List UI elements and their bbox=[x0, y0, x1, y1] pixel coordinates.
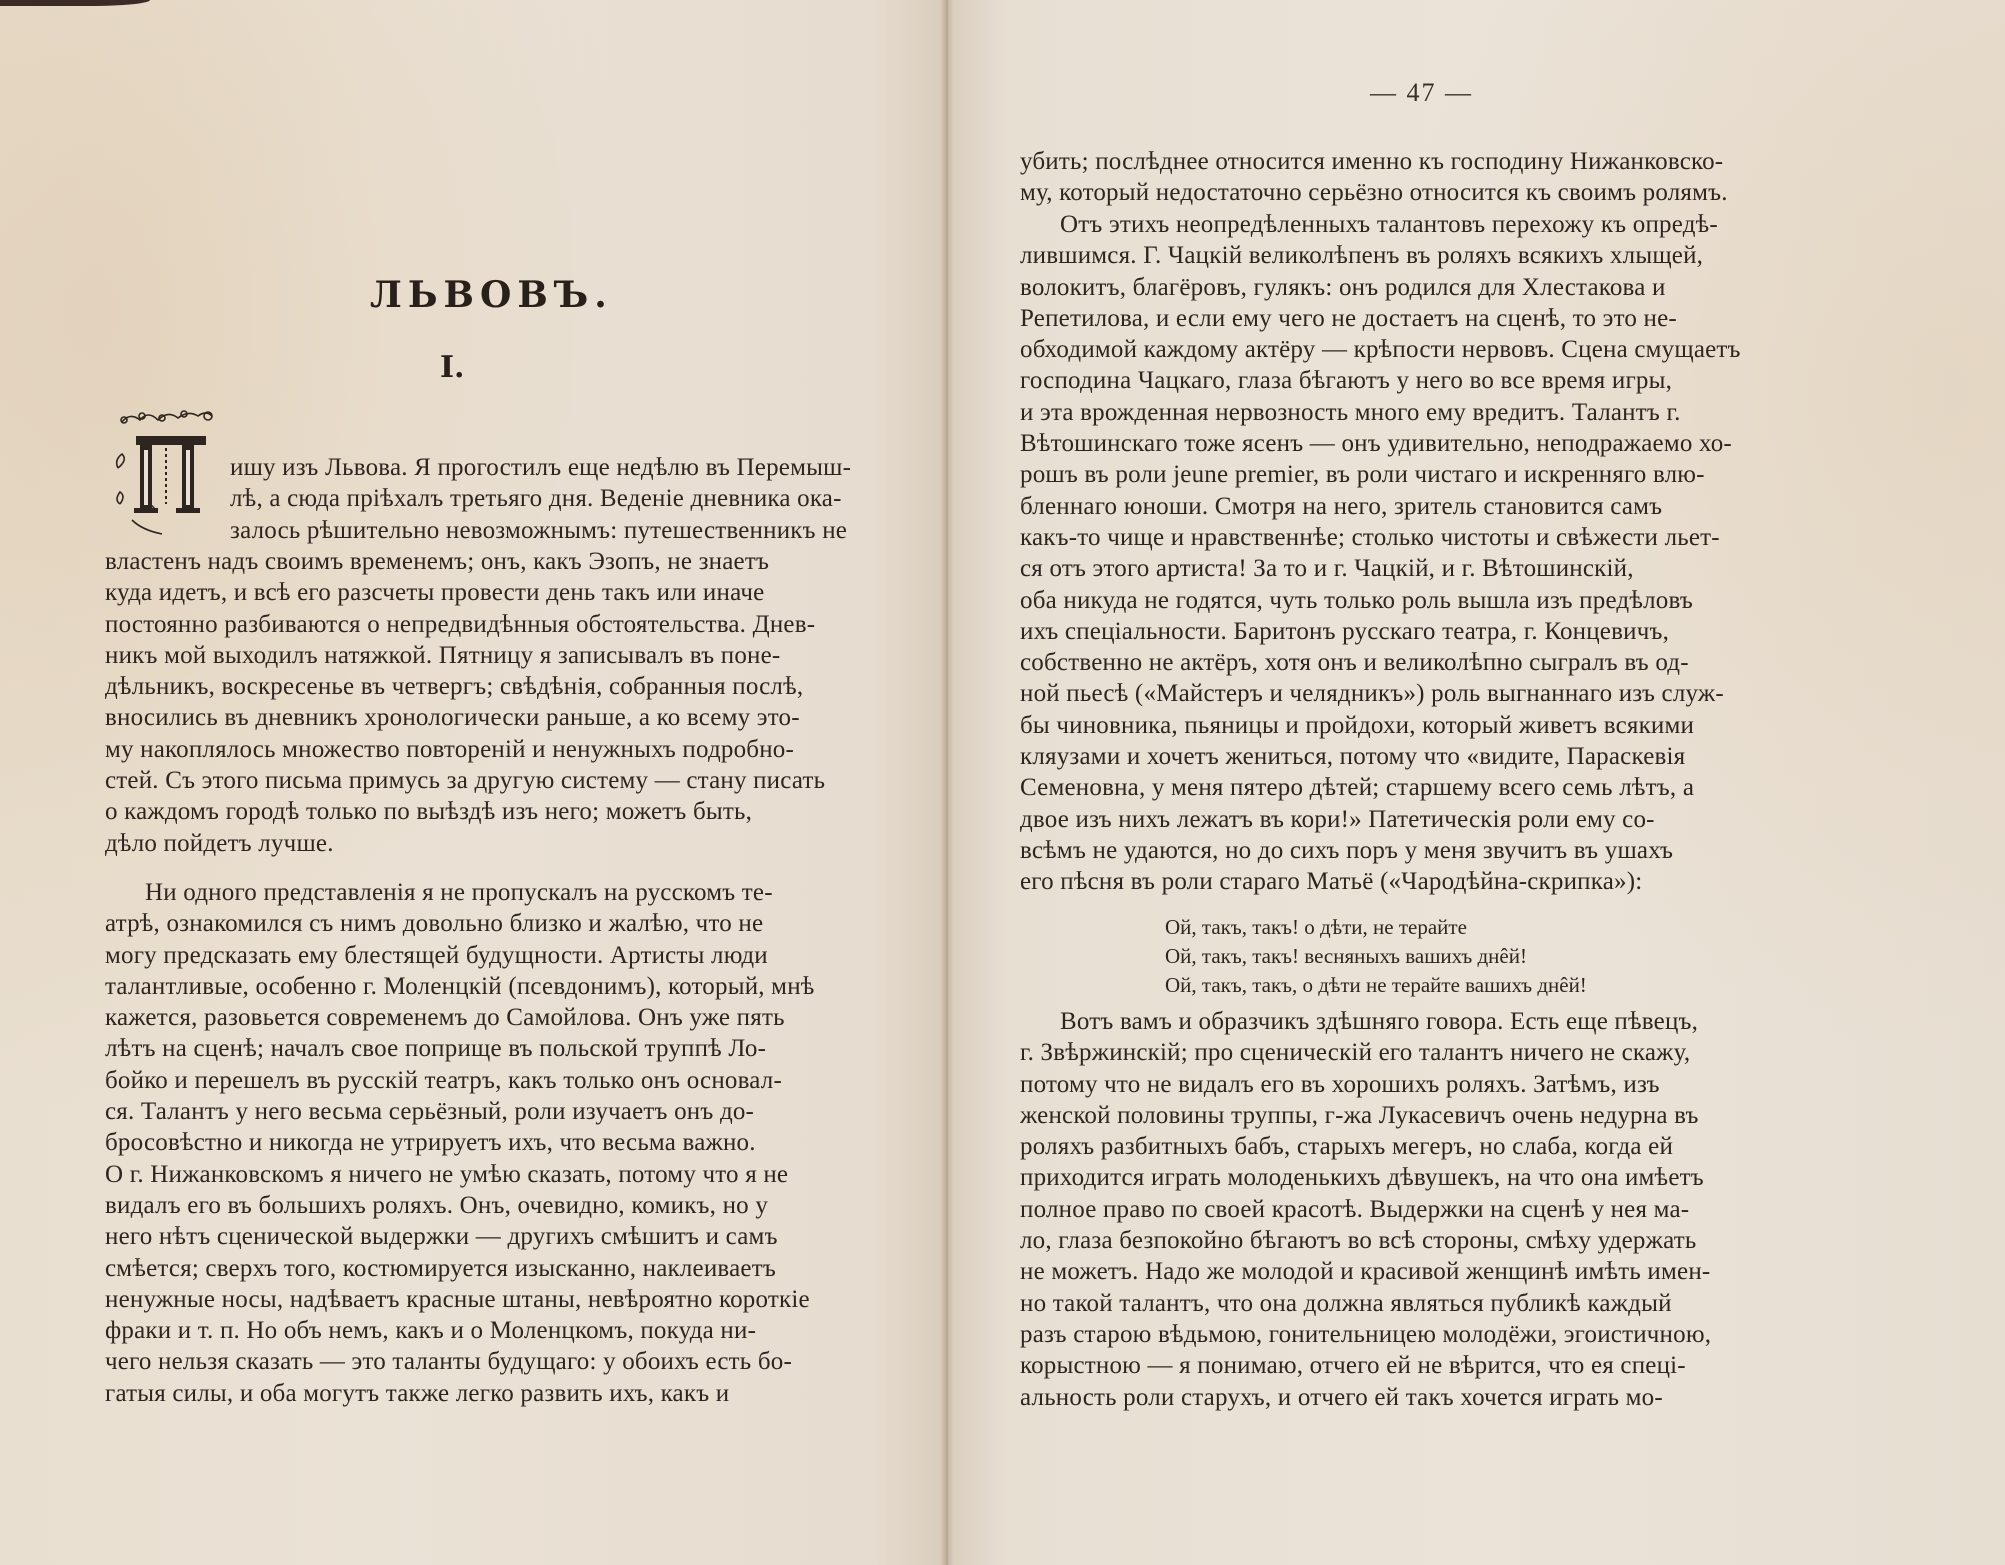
poem-line: Ой, такъ, такъ! о дѣти, не терайте bbox=[1165, 913, 1587, 942]
text-line: полное право по своей красотѣ. Выдержки … bbox=[1020, 1194, 1876, 1225]
text-line: альность роли старухъ, и отчего ей такъ … bbox=[1020, 1382, 1876, 1413]
opening-lines: ишу изъ Львова. Я прогостилъ еще недѣлю … bbox=[230, 452, 915, 546]
text-line: куда идетъ, и всѣ его разсчеты провести … bbox=[105, 577, 915, 608]
section-number: I. bbox=[440, 350, 464, 385]
text-line: волокитъ, благёровъ, гулякъ: онъ родился… bbox=[1020, 272, 1876, 303]
paragraph-talents: Отъ этихъ неопредѣленныхъ талантовъ пере… bbox=[1020, 209, 1876, 898]
text-line: могу предсказать ему блестящей будущност… bbox=[105, 940, 915, 971]
text-line: корыстною — я понимаю, отчего ей не вѣри… bbox=[1020, 1350, 1876, 1381]
text-line: му, который недостаточно серьёзно относи… bbox=[1020, 177, 1876, 208]
book-cover-edge bbox=[0, 0, 150, 6]
text-line: и эта врожденная нервозность много ему в… bbox=[1020, 397, 1876, 428]
text-line: обходимой каждому актёру — крѣпости нерв… bbox=[1020, 334, 1876, 365]
text-line: какъ-то чище и нравственнѣе; столько чис… bbox=[1020, 522, 1876, 553]
text-line: женской половины труппы, г-жа Лукасевичъ… bbox=[1020, 1100, 1876, 1131]
text-line: О г. Нижанковскомъ я ничего не умѣю сказ… bbox=[105, 1159, 915, 1190]
book-gutter bbox=[940, 0, 954, 1565]
open-book-spread: ЛЬВОВЪ. I. bbox=[0, 0, 2005, 1565]
text-line: бойко и перешелъ въ русскій театръ, какъ… bbox=[105, 1065, 915, 1096]
text-line: Ни одного представленія я не пропускалъ … bbox=[105, 877, 915, 908]
text-line: него нѣтъ сценической выдержки — другихъ… bbox=[105, 1221, 915, 1252]
text-line: двое изъ нихъ лежатъ въ кори!» Патетичес… bbox=[1020, 804, 1876, 835]
poem-quote: Ой, такъ, такъ! о дѣти, не терайте Ой, т… bbox=[1165, 913, 1587, 1000]
paragraph-1: властенъ надъ своимъ временемъ; онъ, как… bbox=[105, 546, 915, 859]
text-line: кляузами и хочетъ жениться, потому что «… bbox=[1020, 741, 1876, 772]
text-line: залось рѣшительно невозможнымъ: путешест… bbox=[230, 515, 915, 546]
text-line: бленнаго юноши. Смотря на него, зритель … bbox=[1020, 491, 1876, 522]
text-line: о каждомъ городѣ только по выѣздѣ изъ не… bbox=[105, 796, 915, 827]
text-line: Вотъ вамъ и образчикъ здѣшняго говора. Е… bbox=[1020, 1006, 1876, 1037]
text-line: разъ старою вѣдьмою, гонительницею молод… bbox=[1020, 1319, 1876, 1350]
text-line: роляхъ разбитныхъ бабъ, старыхъ мегеръ, … bbox=[1020, 1131, 1876, 1162]
text-line: потому что не видалъ его въ хорошихъ рол… bbox=[1020, 1069, 1876, 1100]
text-line: лѣтъ на сценѣ; началъ свое поприще въ по… bbox=[105, 1033, 915, 1064]
text-line: приходится играть молоденькихъ дѣвушекъ,… bbox=[1020, 1162, 1876, 1193]
text-line: смѣется; сверхъ того, костюмируется изыс… bbox=[105, 1253, 915, 1284]
text-line: лившимся. Г. Чацкій великолѣпенъ въ роля… bbox=[1020, 240, 1876, 271]
chapter-title: ЛЬВОВЪ. bbox=[370, 274, 613, 316]
text-line: властенъ надъ своимъ временемъ; онъ, как… bbox=[105, 546, 915, 577]
text-line: стей. Съ этого письма примусь за другую … bbox=[105, 765, 915, 796]
text-line: постоянно разбиваются о непредвидѣнныя о… bbox=[105, 609, 915, 640]
text-line: ненужные носы, надѣваетъ красные штаны, … bbox=[105, 1284, 915, 1315]
text-line: собственно не актёръ, хотя онъ и великол… bbox=[1020, 647, 1876, 678]
poem-line: Ой, такъ, такъ, о дѣти не терайте вашихъ… bbox=[1165, 971, 1587, 1000]
text-line: вносились въ дневникъ хронологически ран… bbox=[105, 702, 915, 733]
text-line: чего нельзя сказать — это таланты будуща… bbox=[105, 1346, 915, 1377]
text-line: бросовѣстно и никогда не утрируетъ ихъ, … bbox=[105, 1127, 915, 1158]
text-line: Репетилова, и если ему чего не достаетъ … bbox=[1020, 303, 1876, 334]
text-line: ло, глаза безпокойно бѣгаютъ во всѣ стор… bbox=[1020, 1225, 1876, 1256]
text-line: видалъ его въ большихъ роляхъ. Онъ, очев… bbox=[105, 1190, 915, 1221]
text-line: Отъ этихъ неопредѣленныхъ талантовъ пере… bbox=[1020, 209, 1876, 240]
text-line: дѣльникъ, воскресенье въ четвергъ; свѣдѣ… bbox=[105, 671, 915, 702]
text-line: никъ мой выходилъ натяжкой. Пятницу я за… bbox=[105, 640, 915, 671]
text-line: гатыя силы, и оба могутъ также легко раз… bbox=[105, 1378, 915, 1409]
text-line: ихъ спеціальности. Баритонъ русскаго теа… bbox=[1020, 616, 1876, 647]
text-line: рошъ въ роли jeune premier, въ роли чист… bbox=[1020, 459, 1876, 490]
text-line: атрѣ, ознакомился съ нимъ довольно близк… bbox=[105, 908, 915, 939]
text-line: фраки и т. п. Но объ немъ, какъ и о Моле… bbox=[105, 1315, 915, 1346]
text-line: ся. Талантъ у него весьма серьёзный, рол… bbox=[105, 1096, 915, 1127]
paragraph-singers: Вотъ вамъ и образчикъ здѣшняго говора. Е… bbox=[1020, 1006, 1876, 1413]
text-line: убить; послѣднее относится именно къ гос… bbox=[1020, 146, 1876, 177]
text-line: дѣло пойдетъ лучше. bbox=[105, 828, 915, 859]
text-line: но такой талантъ, что она должна являтьс… bbox=[1020, 1288, 1876, 1319]
text-line: его пѣсня въ роли стараго Матьё («Чародѣ… bbox=[1020, 866, 1876, 897]
text-line: ся отъ этого артиста! За то и г. Чацкій,… bbox=[1020, 553, 1876, 584]
text-line: не можетъ. Надо же молодой и красивой же… bbox=[1020, 1256, 1876, 1287]
text-line: му накоплялось множество повтореній и не… bbox=[105, 734, 915, 765]
text-line: Вѣтошинскаго тоже ясенъ — онъ удивительн… bbox=[1020, 428, 1876, 459]
text-line: талантливые, особенно г. Моленцкій (псев… bbox=[105, 971, 915, 1002]
text-line: ишу изъ Львова. Я прогостилъ еще недѣлю … bbox=[230, 452, 915, 483]
text-line: ной пьесѣ («Майстеръ и челядникъ») роль … bbox=[1020, 678, 1876, 709]
text-line: всѣмъ не удаются, но до сихъ поръ у меня… bbox=[1020, 835, 1876, 866]
text-line: бы чиновника, пьяницы и пройдохи, которы… bbox=[1020, 710, 1876, 741]
page-number: — 47 — bbox=[1370, 78, 1473, 108]
text-line: г. Звѣржинскій; про сценическій его тала… bbox=[1020, 1037, 1876, 1068]
poem-line: Ой, такъ, такъ! весняныхъ вашихъ днêй! bbox=[1165, 942, 1587, 971]
text-line: оба никуда не годятся, чуть только роль … bbox=[1020, 585, 1876, 616]
text-line: лѣ, а сюда пріѣхалъ третьяго дня. Ведені… bbox=[230, 483, 915, 514]
paragraph-continued: убить; послѣднее относится именно къ гос… bbox=[1020, 146, 1876, 209]
left-page: ЛЬВОВЪ. I. bbox=[0, 0, 947, 1565]
ornamental-drop-cap-icon bbox=[112, 408, 227, 538]
paragraph-2: Ни одного представленія я не пропускалъ … bbox=[105, 877, 915, 1409]
text-line: Семеновна, у меня пятеро дѣтей; старшему… bbox=[1020, 772, 1876, 803]
text-line: кажется, разовьется современемъ до Самой… bbox=[105, 1002, 915, 1033]
text-line: господина Чацкаго, глаза бѣгаютъ у него … bbox=[1020, 365, 1876, 396]
